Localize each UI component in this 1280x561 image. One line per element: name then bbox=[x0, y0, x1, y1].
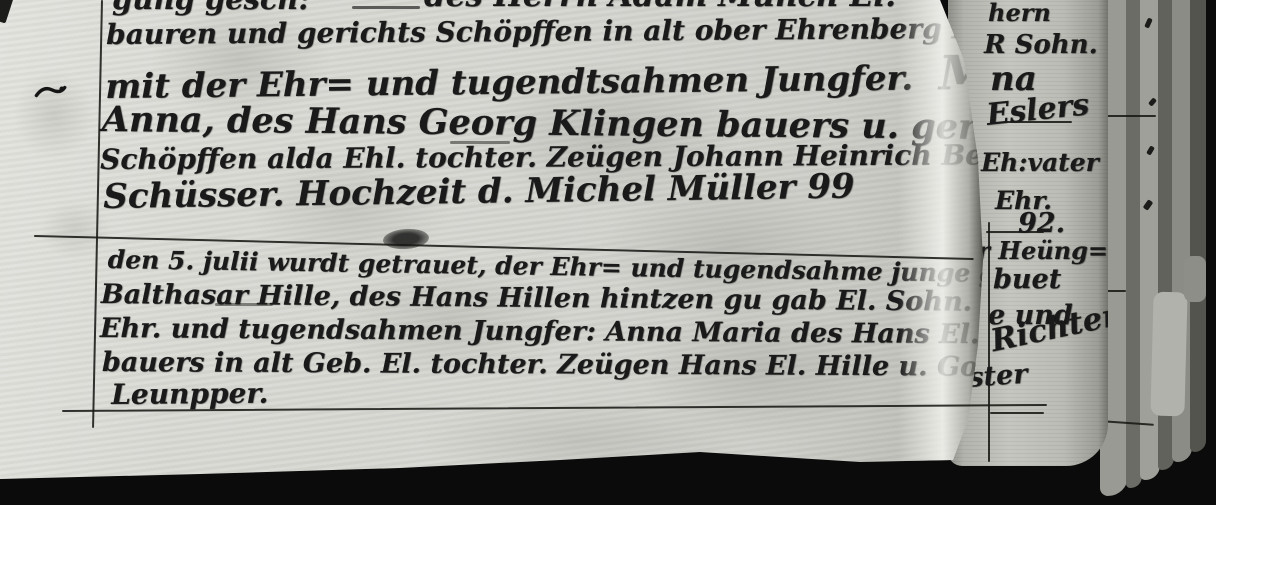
pen-underline-top bbox=[352, 6, 420, 9]
fore-edge-rule-mark-top bbox=[1100, 115, 1156, 117]
fore-edge-page-6 bbox=[1190, 0, 1206, 452]
fore-edge-corner-tab-small bbox=[1184, 256, 1206, 302]
register-page: gung gesch: des Herrn Adam Münch El. bau… bbox=[0, 0, 1000, 505]
adjacent-text-fragment: hern bbox=[988, 0, 1051, 25]
handwritten-line-entry2-5: Leunpper. bbox=[111, 379, 268, 410]
handwritten-line-entry1-top-right: des Herrn Adam Münch El. bbox=[424, 0, 896, 13]
adjacent-text-fragment: 92. bbox=[1018, 210, 1065, 238]
adjacent-text-fragment: er Heüng= bbox=[962, 238, 1108, 263]
adjacent-page-rule-3 bbox=[990, 412, 1044, 414]
scan-canvas: hern R Sohn. na Eslers Eh:vater Ehr. 92.… bbox=[0, 0, 1280, 561]
fore-edge-corner-tab bbox=[1150, 292, 1187, 417]
adjacent-text-fragment: R Sohn. bbox=[984, 32, 1098, 59]
margin-pen-mark bbox=[33, 80, 69, 101]
adjacent-text-fragment: Eh:vater bbox=[981, 150, 1099, 176]
adjacent-text-fragment: buet bbox=[993, 266, 1061, 294]
handwritten-line-entry1-top-left: gung gesch: bbox=[112, 0, 309, 14]
book-scan-photo: hern R Sohn. na Eslers Eh:vater Ehr. 92.… bbox=[0, 0, 1216, 505]
